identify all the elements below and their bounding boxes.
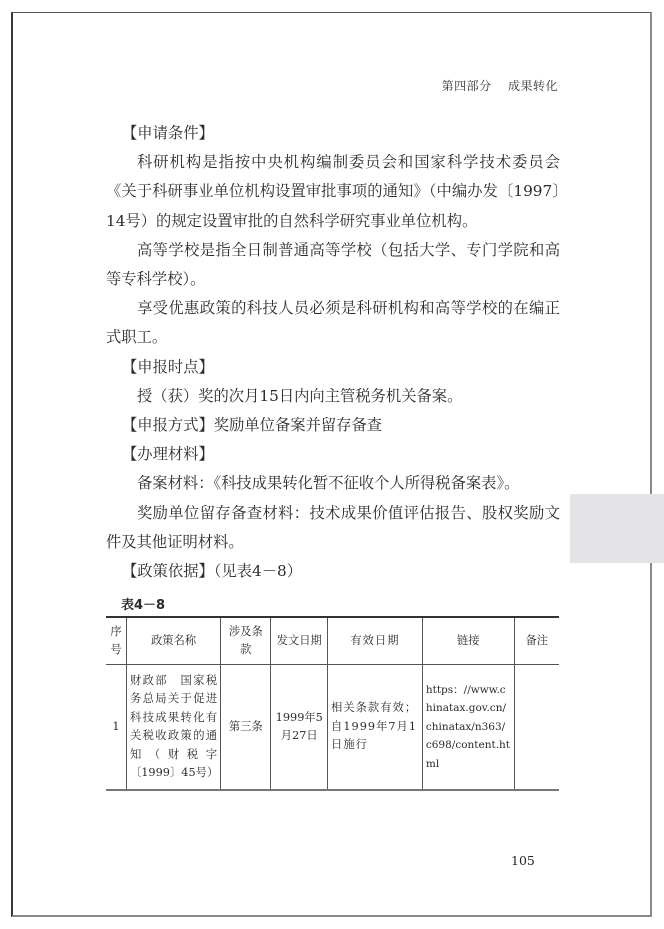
heading-filing-method: 【申报方式】奖励单位备案并留存备查 <box>106 411 560 440</box>
heading-filing-time: 【申报时点】 <box>106 353 560 382</box>
paragraph-filing-materials: 备案材料：《科技成果转化暂不征收个人所得税备案表》。 <box>106 469 560 498</box>
col-header-note: 备注 <box>514 617 559 665</box>
paragraph-research-institution: 科研机构是指按中央机构编制委员会和国家科学技术委员会《关于科研事业单位机构设置审… <box>106 148 560 236</box>
col-header-name: 政策名称 <box>126 617 220 665</box>
paragraph-retained-materials: 奖励单位留存备查材料：技术成果价值评估报告、股权奖励文件及其他证明材料。 <box>106 499 560 557</box>
cell-note <box>514 665 559 791</box>
section-thumb-tab <box>570 494 664 563</box>
paragraph-eligible-staff: 享受优惠政策的科技人员必须是科研机构和高等学校的在编正式职工。 <box>106 294 560 352</box>
policy-table: 序号 政策名称 涉及条款 发文日期 有效日期 链接 备注 1 财政部 国家税务总… <box>106 616 559 791</box>
col-header-link: 链接 <box>422 617 514 665</box>
paragraph-higher-education: 高等学校是指全日制普通高等学校（包括大学、专门学院和高等专科学校）。 <box>106 236 560 294</box>
cell-issue-date: 1999年5月27日 <box>271 665 328 791</box>
table-header-row: 序号 政策名称 涉及条款 发文日期 有效日期 链接 备注 <box>106 617 559 665</box>
running-head-part: 第四部分 <box>442 79 492 93</box>
running-head: 第四部分 成果转化 <box>442 77 558 94</box>
col-header-article: 涉及条款 <box>221 617 271 665</box>
col-header-no: 序号 <box>106 617 126 665</box>
heading-materials: 【办理材料】 <box>106 440 560 469</box>
cell-article: 第三条 <box>221 665 271 791</box>
body-text: 【申请条件】 科研机构是指按中央机构编制委员会和国家科学技术委员会《关于科研事业… <box>106 119 560 586</box>
col-header-effective: 有效日期 <box>328 617 423 665</box>
page-number: 105 <box>511 853 535 868</box>
table-caption: 表4－8 <box>121 594 165 613</box>
heading-apply-conditions: 【申请条件】 <box>106 119 560 148</box>
running-head-title: 成果转化 <box>508 79 558 93</box>
col-header-issue-date: 发文日期 <box>271 617 328 665</box>
cell-no: 1 <box>106 665 126 791</box>
paragraph-filing-time: 授（获）奖的次月15日内向主管税务机关备案。 <box>106 382 560 411</box>
table-row: 1 财政部 国家税务总局关于促进科技成果转化有关税收政策的通知（财税字〔1999… <box>106 665 559 791</box>
heading-policy-basis: 【政策依据】（见表4－8） <box>106 557 560 586</box>
cell-effective-date: 相关条款有效；自1999年7月1日施行 <box>328 665 423 791</box>
cell-link[interactable]: https：//www.chinatax.gov.cn/chinatax/n36… <box>422 665 514 791</box>
cell-policy-name: 财政部 国家税务总局关于促进科技成果转化有关税收政策的通知（财税字〔1999〕4… <box>126 665 220 791</box>
